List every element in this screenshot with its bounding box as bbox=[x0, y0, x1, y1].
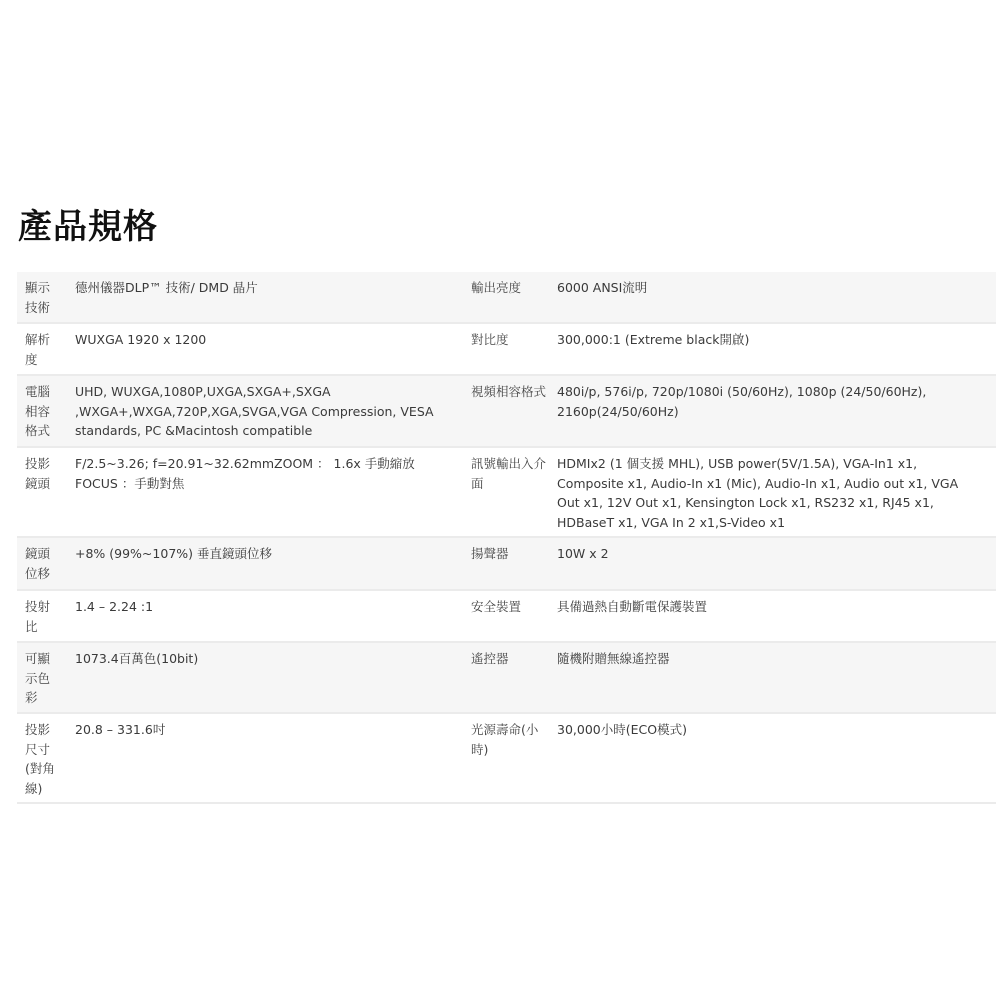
spec-value: HDMIx2 (1 個支援 MHL), USB power(5V/1.5A), … bbox=[557, 447, 996, 537]
spec-label: 鏡頭位移 bbox=[17, 537, 75, 590]
page-title: 產品規格 bbox=[18, 203, 158, 251]
spec-value: 隨機附贈無線遙控器 bbox=[557, 642, 996, 713]
spec-row-projection-size: 投影尺寸(對角線) 20.8 – 331.6吋 光源壽命(小時) 30,000小… bbox=[17, 713, 996, 803]
spec-label: 電腦相容格式 bbox=[17, 375, 75, 447]
spec-value: 20.8 – 331.6吋 bbox=[75, 713, 471, 803]
spec-value: 具備過熱自動斷電保護裝置 bbox=[557, 590, 996, 642]
spec-label: 投影尺寸(對角線) bbox=[17, 713, 75, 803]
spec-label: 揚聲器 bbox=[471, 537, 557, 590]
spec-value: 1073.4百萬色(10bit) bbox=[75, 642, 471, 713]
spec-label: 安全裝置 bbox=[471, 590, 557, 642]
spec-row-colors: 可顯示色彩 1073.4百萬色(10bit) 遙控器 隨機附贈無線遙控器 bbox=[17, 642, 996, 713]
spec-value: F/2.5~3.26; f=20.91~32.62mmZOOM ： 1.6x 手… bbox=[75, 447, 471, 537]
spec-value: 300,000:1 (Extreme black開啟) bbox=[557, 323, 996, 375]
spec-row-throw-ratio: 投射比 1.4 – 2.24 :1 安全裝置 具備過熱自動斷電保護裝置 bbox=[17, 590, 996, 642]
spec-label: 投影鏡頭 bbox=[17, 447, 75, 537]
spec-value: UHD, WUXGA,1080P,UXGA,SXGA+,SXGA ,WXGA+,… bbox=[75, 375, 471, 447]
spec-label: 遙控器 bbox=[471, 642, 557, 713]
spec-row-display-tech: 顯示技術 德州儀器DLP™ 技術/ DMD 晶片 輸出亮度 6000 ANSI流… bbox=[17, 272, 996, 323]
spec-value: 30,000小時(ECO模式) bbox=[557, 713, 996, 803]
spec-value: +8% (99%~107%) 垂直鏡頭位移 bbox=[75, 537, 471, 590]
spec-label: 投射比 bbox=[17, 590, 75, 642]
spec-value: 6000 ANSI流明 bbox=[557, 272, 996, 323]
spec-value: 10W x 2 bbox=[557, 537, 996, 590]
spec-label: 可顯示色彩 bbox=[17, 642, 75, 713]
spec-label: 輸出亮度 bbox=[471, 272, 557, 323]
spec-label: 對比度 bbox=[471, 323, 557, 375]
spec-label: 訊號輸出入介面 bbox=[471, 447, 557, 537]
spec-row-lens: 投影鏡頭 F/2.5~3.26; f=20.91~32.62mmZOOM ： 1… bbox=[17, 447, 996, 537]
spec-value: 德州儀器DLP™ 技術/ DMD 晶片 bbox=[75, 272, 471, 323]
spec-label: 顯示技術 bbox=[17, 272, 75, 323]
spec-table: 顯示技術 德州儀器DLP™ 技術/ DMD 晶片 輸出亮度 6000 ANSI流… bbox=[17, 272, 996, 804]
spec-label: 光源壽命(小時) bbox=[471, 713, 557, 803]
spec-row-resolution: 解析度 WUXGA 1920 x 1200 對比度 300,000:1 (Ext… bbox=[17, 323, 996, 375]
spec-label: 解析度 bbox=[17, 323, 75, 375]
spec-label: 視頻相容格式 bbox=[471, 375, 557, 447]
spec-row-compatibility: 電腦相容格式 UHD, WUXGA,1080P,UXGA,SXGA+,SXGA … bbox=[17, 375, 996, 447]
spec-value: 480i/p, 576i/p, 720p/1080i (50/60Hz), 10… bbox=[557, 375, 996, 447]
spec-value: WUXGA 1920 x 1200 bbox=[75, 323, 471, 375]
spec-value: 1.4 – 2.24 :1 bbox=[75, 590, 471, 642]
spec-row-lens-shift: 鏡頭位移 +8% (99%~107%) 垂直鏡頭位移 揚聲器 10W x 2 bbox=[17, 537, 996, 590]
